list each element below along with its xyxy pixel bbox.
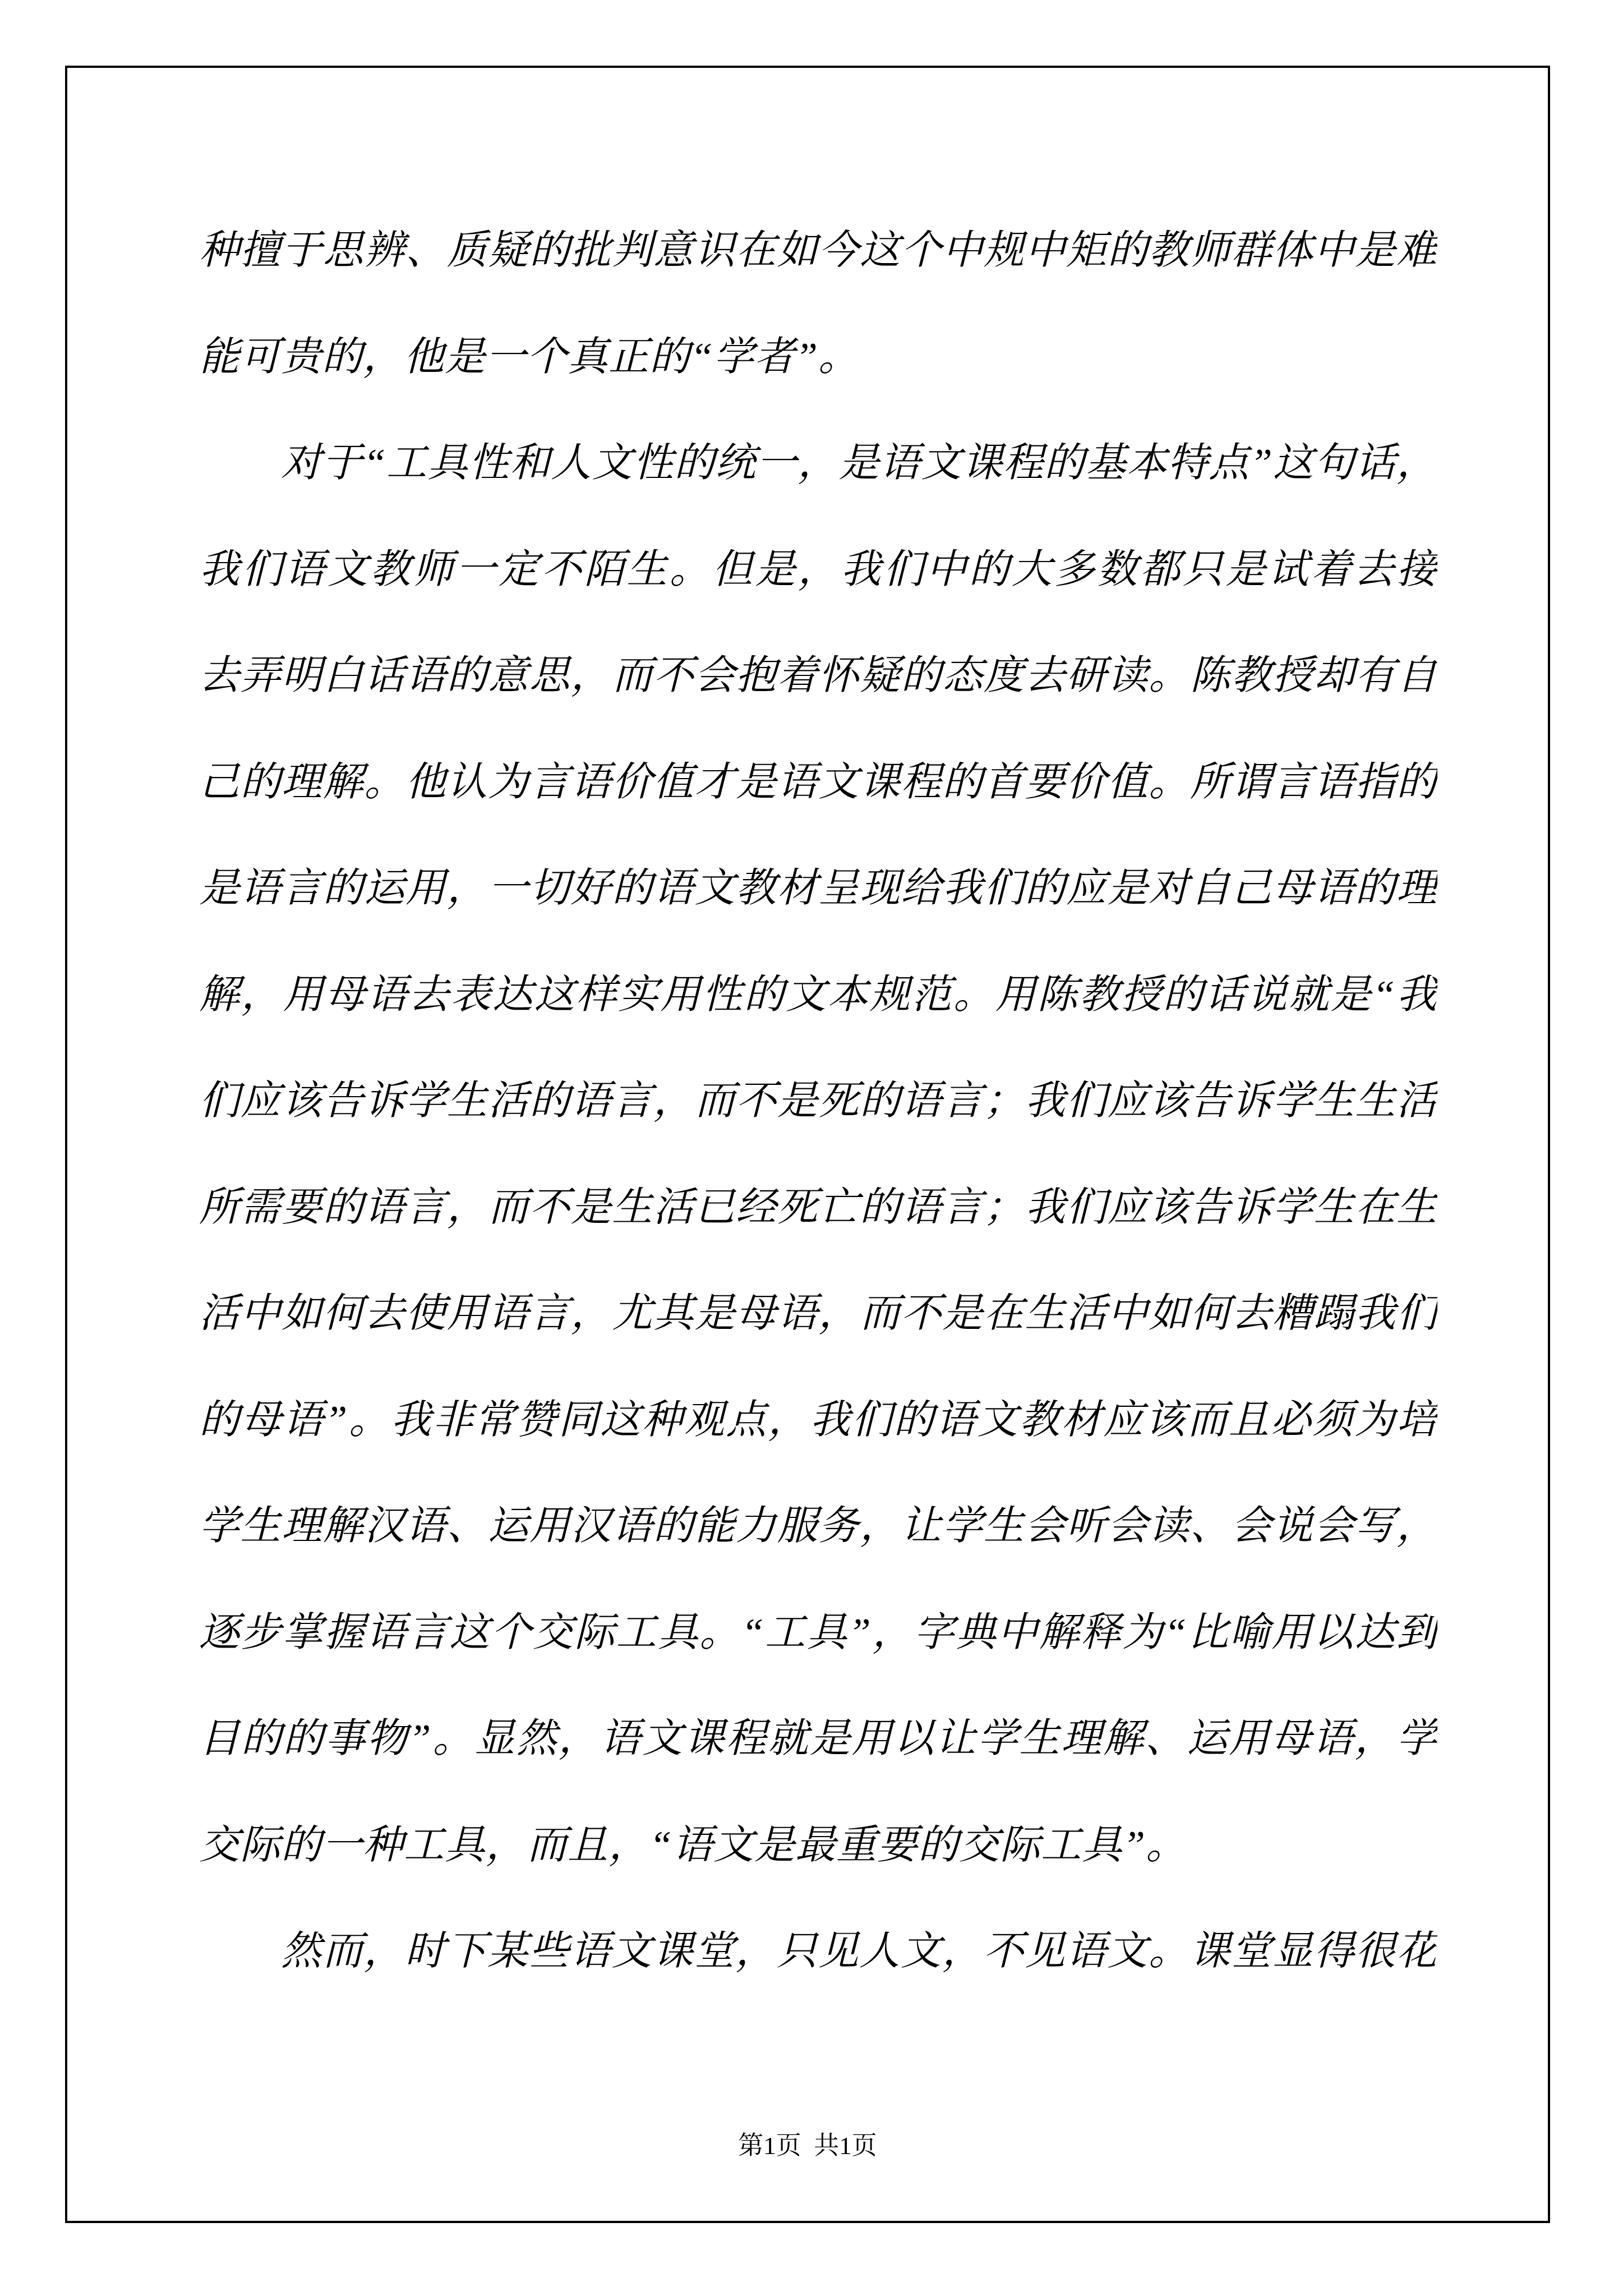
page-footer: 第1页 共1页 <box>65 2129 1550 2162</box>
text-line: 解，用母语去表达这样实用性的文本规范。用陈教授的话说就是“我 <box>199 942 1437 1048</box>
text-line: 己的理解。他认为言语价值才是语文课程的首要价值。所谓言语指的 <box>199 729 1437 836</box>
text-line: 目的的事物”。显然，语文课程就是用以让学生理解、运用母语，学会 <box>199 1686 1437 1792</box>
text-line: 是语言的运用，一切好的语文教材呈现给我们的应是对自己母语的理 <box>199 835 1437 942</box>
text-line: 去弄明白话语的意思，而不会抱着怀疑的态度去研读。陈教授却有自 <box>199 623 1437 729</box>
text-line: 种擅于思辨、质疑的批判意识在如今这个中规中矩的教师群体中是难 <box>199 197 1437 304</box>
text-line: 能可贵的，他是一个真正的“学者”。 <box>199 304 1437 411</box>
text-line: 的母语”。我非常赞同这种观点，我们的语文教材应该而且必须为培养 <box>199 1367 1437 1474</box>
text-line: 然而，时下某些语文课堂，只见人文，不见语文。课堂显得很花 <box>199 1898 1437 2005</box>
text-line: 交际的一种工具，而且，“语文是最重要的交际工具”。 <box>199 1792 1437 1899</box>
text-line: 对于“工具性和人文性的统一，是语文课程的基本特点”这句话， <box>199 410 1437 517</box>
text-line: 学生理解汉语、运用汉语的能力服务，让学生会听会读、会说会写， <box>199 1473 1437 1580</box>
text-line: 活中如何去使用语言，尤其是母语，而不是在生活中如何去糟蹋我们 <box>199 1260 1437 1367</box>
document-body: 种擅于思辨、质疑的批判意识在如今这个中规中矩的教师群体中是难 能可贵的，他是一个… <box>199 197 1437 2005</box>
text-line: 逐步掌握语言这个交际工具。“工具”，字典中解释为“比喻用以达到 <box>199 1580 1437 1686</box>
document-page: 种擅于思辨、质疑的批判意识在如今这个中规中矩的教师群体中是难 能可贵的，他是一个… <box>0 0 1623 2296</box>
text-line: 我们语文教师一定不陌生。但是，我们中的大多数都只是试着去接受， <box>199 517 1437 623</box>
text-line: 们应该告诉学生活的语言，而不是死的语言；我们应该告诉学生生活 <box>199 1048 1437 1154</box>
text-line: 所需要的语言，而不是生活已经死亡的语言；我们应该告诉学生在生 <box>199 1154 1437 1261</box>
